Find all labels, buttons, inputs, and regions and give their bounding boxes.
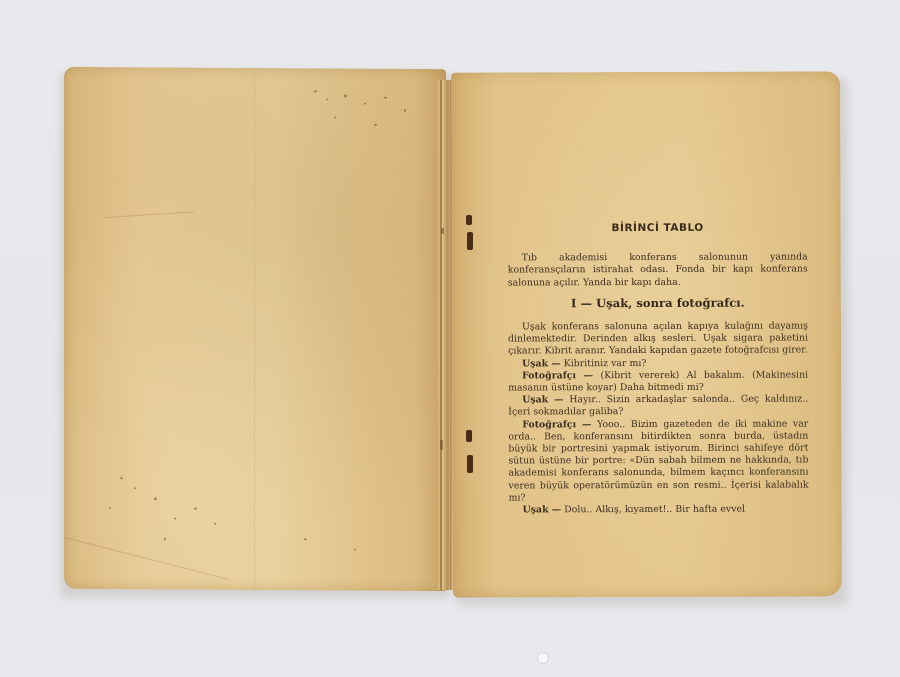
foxing-spot [134, 487, 136, 489]
stage-direction: Tıb akademisi konferans salonunun yanınd… [508, 252, 808, 290]
foxing-spot [326, 98, 328, 100]
dialogue-line: Uşak — Hayır.. Sizin arkadaşlar salonda.… [508, 394, 808, 419]
paper-fold [254, 68, 255, 590]
paper-crease [104, 211, 194, 218]
foxing-spot [374, 124, 377, 126]
speaker-name: Fotoğrafçı — [522, 419, 591, 430]
speaker-name: Uşak — [522, 395, 563, 406]
left-page [64, 67, 446, 591]
dialogue-text: Yooo.. Bizim gazeteden de iki makine var… [508, 418, 808, 503]
staple [467, 455, 473, 473]
foxing-spot [164, 537, 166, 540]
foxing-spot [354, 549, 356, 551]
photo-scene: BİRİNCİ TABLO Tıb akademisi konferans sa… [0, 0, 900, 677]
dialogue-line: Fotoğrafçı — (Kibrit vererek) Al bakalım… [508, 369, 808, 394]
dialogue-text: Dolu.. Alkış, kıyamet!.. Bir hafta evvel [561, 504, 745, 516]
foxing-spot [404, 109, 406, 112]
foxing-spot [120, 477, 123, 479]
rust-stain [466, 430, 472, 442]
speaker-name: Uşak — [523, 504, 562, 515]
speaker-name: Uşak — [522, 358, 561, 369]
foxing-spot [174, 518, 176, 520]
spine-edge [440, 80, 442, 590]
dialogue-line: Fotoğrafçı — Yooo.. Bizim gazeteden de i… [508, 418, 808, 504]
staple-hole [441, 228, 444, 234]
staple-hole [440, 440, 443, 450]
foxing-spot [384, 97, 387, 99]
surface-mark [537, 652, 549, 664]
foxing-spot [304, 538, 307, 540]
foxing-spot [109, 507, 111, 509]
dialogue-text: Kibritiniz var mı? [561, 358, 647, 369]
chapter-title: BİRİNCİ TABLO [508, 221, 808, 234]
page-text: BİRİNCİ TABLO Tıb akademisi konferans sa… [508, 221, 809, 516]
foxing-spot [154, 497, 157, 500]
staple [467, 232, 473, 250]
right-page: BİRİNCİ TABLO Tıb akademisi konferans sa… [451, 71, 842, 597]
foxing-spot [344, 95, 347, 98]
foxing-spot [214, 523, 216, 525]
paper-crease [64, 537, 229, 580]
foxing-spot [364, 103, 366, 105]
dialogue-line: Uşak — Kibritiniz var mı? [508, 357, 808, 370]
speaker-name: Fotoğrafçı — [522, 370, 593, 381]
dialogue-line: Uşak — Dolu.. Alkış, kıyamet!.. Bir haft… [509, 503, 809, 516]
scene-heading: I — Uşak, sonra fotoğrafcı. [508, 296, 808, 309]
foxing-spot [314, 90, 317, 92]
foxing-spot [194, 508, 197, 510]
foxing-spot [334, 116, 336, 118]
rust-stain [466, 215, 472, 225]
scene-intro: Uşak konferans salonuna açılan kapıya ku… [508, 320, 808, 358]
